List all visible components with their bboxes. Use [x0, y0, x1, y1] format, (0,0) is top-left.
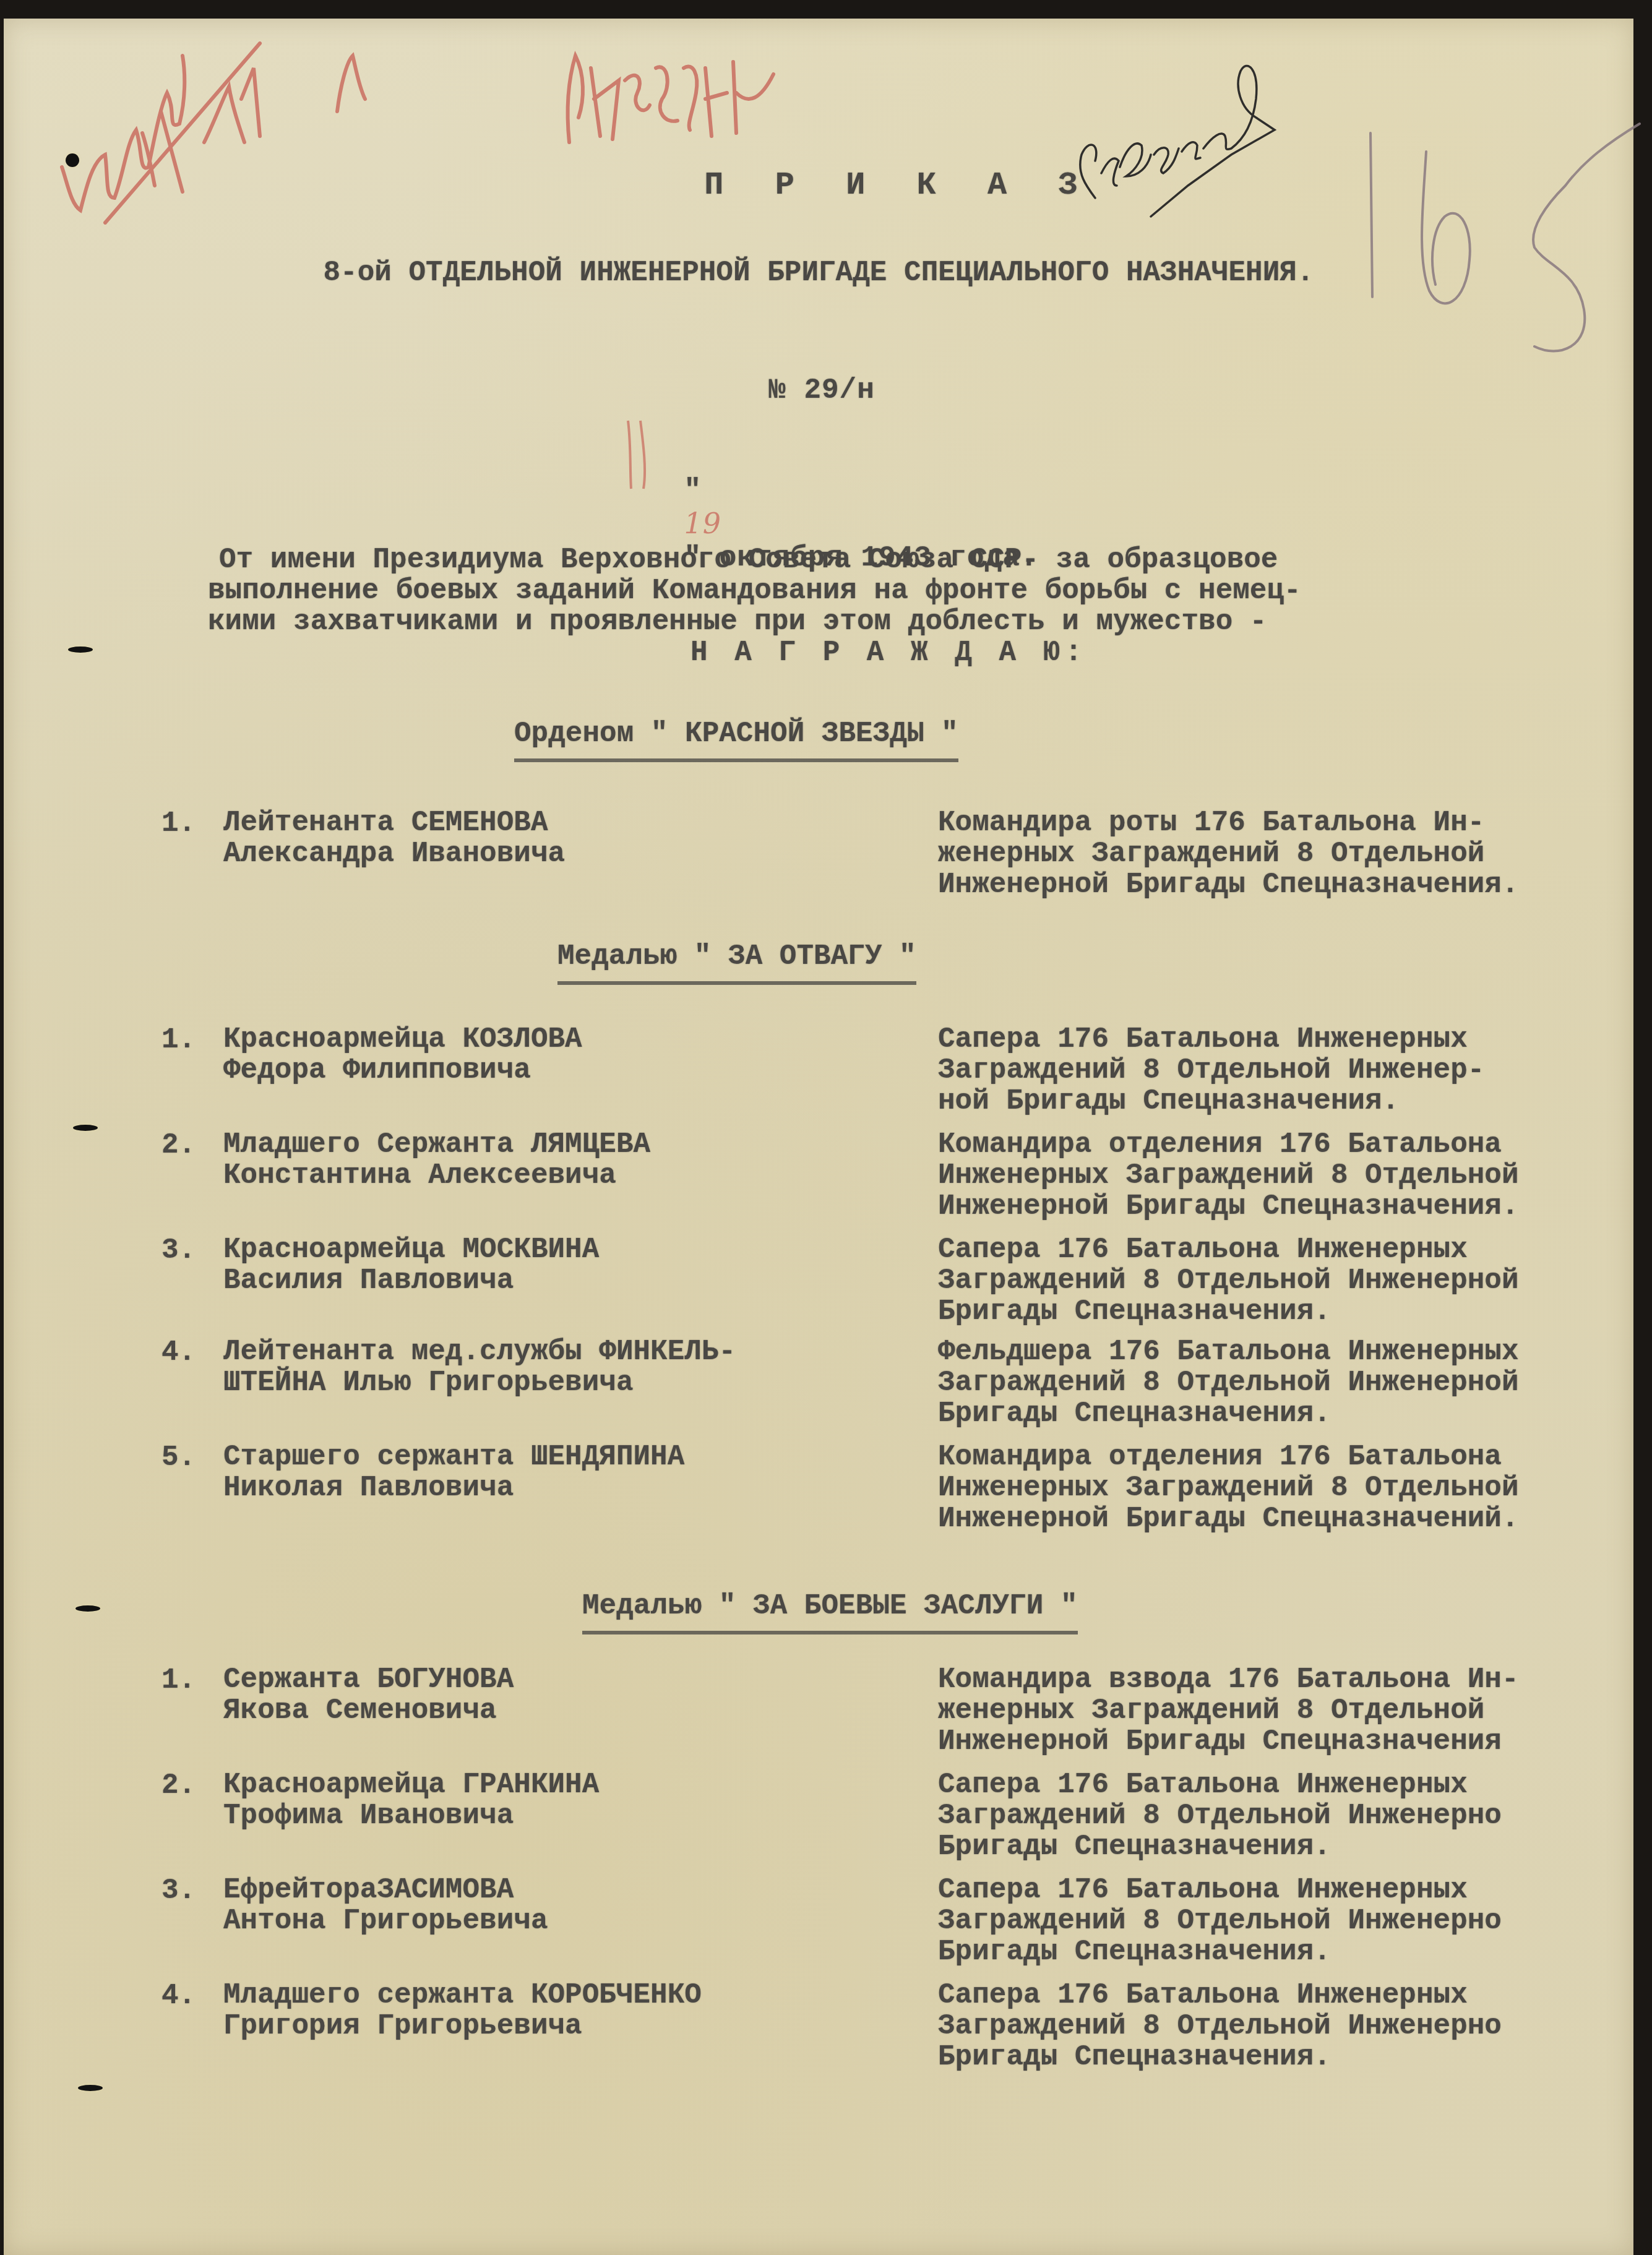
- awardee-name-line: Федора Филипповича: [223, 1055, 582, 1086]
- awardee-name-line: Младшего Сержанта ЛЯМЦЕВА: [223, 1129, 650, 1160]
- awardee-name: Лейтенанта СЕМЕНОВААлександра Ивановича: [223, 807, 565, 869]
- awardee-number: 1.: [161, 1024, 196, 1056]
- awardee-position-line: Инженерной Бригады Спецназначения.: [938, 869, 1519, 900]
- awardee-position-line: Сапера 176 Батальона Инженерных: [938, 1769, 1502, 1800]
- awardee-position: Командира отделения 176 БатальонаИнженер…: [938, 1441, 1519, 1534]
- awardee-position-line: Сапера 176 Батальона Инженерных: [938, 1024, 1484, 1055]
- awardee-position: Командира роты 176 Батальона Ин-женерных…: [938, 807, 1519, 900]
- awardee-position-line: женерных Заграждений 8 Отдельной: [938, 838, 1519, 869]
- awardee-position: Сапера 176 Батальона ИнженерныхЗагражден…: [938, 1769, 1502, 1862]
- section-heading: Медалью " ЗА ОТВАГУ ": [557, 940, 916, 985]
- awardee-name-line: ЕфрейтораЗАСИМОВА: [223, 1875, 548, 1905]
- awardee-name-line: Лейтенанта мед.службы ФИНКЕЛЬ-: [223, 1336, 736, 1367]
- awardee-position-line: Заграждений 8 Отдельной Инженерно: [938, 1800, 1502, 1831]
- awardee-position-line: Командира роты 176 Батальона Ин-: [938, 807, 1519, 838]
- punch-hole: [66, 153, 79, 167]
- awardee-number: 1.: [161, 1664, 196, 1696]
- awardee-position-line: Бригады Спецназначения.: [938, 1296, 1519, 1327]
- awardee-name: ЕфрейтораЗАСИМОВААнтона Григорьевича: [223, 1875, 548, 1936]
- awardee-position-line: Инженерной Бригады Спецназначения: [938, 1726, 1519, 1757]
- awardee-position-line: Инженерных Заграждений 8 Отдельной: [938, 1472, 1519, 1503]
- awardee-name-line: Антона Григорьевича: [223, 1905, 548, 1936]
- awardee-name-line: Трофима Ивановича: [223, 1800, 599, 1831]
- awardee-name: Младшего Сержанта ЛЯМЦЕВАКонстантина Але…: [223, 1129, 650, 1191]
- awardee-position-line: Заграждений 8 Отдельной Инженерно: [938, 2011, 1502, 2042]
- awardee-name-line: Старшего сержанта ШЕНДЯПИНА: [223, 1441, 684, 1472]
- awardee-number: 4.: [161, 1980, 196, 2012]
- awardee-position-line: Заграждений 8 Отдельной Инженерной: [938, 1265, 1519, 1296]
- awardee-name-line: Красноармейца МОСКВИНА: [223, 1234, 599, 1265]
- awardee-position: Командира отделения 176 БатальонаИнженер…: [938, 1129, 1519, 1222]
- awardee-number: 5.: [161, 1441, 196, 1474]
- awardee-name-line: Младшего сержанта КОРОБЧЕНКО: [223, 1980, 702, 2011]
- awardee-position-line: женерных Заграждений 8 Отдельной: [938, 1695, 1519, 1726]
- document-page: П Р И К А З 8-ой ОТДЕЛЬНОЙ ИНЖЕНЕРНОЙ БР…: [4, 19, 1633, 2255]
- awardee-position-line: Сапера 176 Батальона Инженерных: [938, 1234, 1519, 1265]
- awardee-position-line: Инженерной Бригады Спецназначения.: [938, 1191, 1519, 1222]
- awardee-position-line: Заграждений 8 Отдельной Инженерной: [938, 1367, 1519, 1398]
- awardee-position-line: Фельдшера 176 Батальона Инженерных: [938, 1336, 1519, 1367]
- awardee-position-line: Бригады Спецназначения.: [938, 2042, 1502, 2072]
- awardee-number: 1.: [161, 807, 196, 840]
- awardee-position-line: Инженерной Бригады Спецназначений.: [938, 1503, 1519, 1534]
- awardee-position-line: Бригады Спецназначения.: [938, 1936, 1502, 1967]
- awardee-position-line: Бригады Спецназначения.: [938, 1398, 1519, 1429]
- awardee-name-line: Александра Ивановича: [223, 838, 565, 869]
- awardee-number: 2.: [161, 1769, 196, 1802]
- awardee-name: Красноармейца ГРАНКИНАТрофима Ивановича: [223, 1769, 599, 1831]
- preamble: От имени Президиума Верховного Совета Со…: [214, 544, 1544, 668]
- awardee-position: Сапера 176 Батальона ИнженерныхЗагражден…: [938, 1234, 1519, 1327]
- awardee-name: Сержанта БОГУНОВАЯкова Семеновича: [223, 1664, 514, 1726]
- awardee-name-line: Красноармейца КОЗЛОВА: [223, 1024, 582, 1055]
- awardee-number: 3.: [161, 1234, 196, 1266]
- awardee-name-line: Сержанта БОГУНОВА: [223, 1664, 514, 1695]
- awardee-position-line: Заграждений 8 Отдельной Инженерно: [938, 1905, 1502, 1936]
- section-heading: Орденом " КРАСНОЙ ЗВЕЗДЫ ": [514, 718, 958, 762]
- preamble-line: От имени Президиума Верховного Совета Со…: [214, 544, 1544, 575]
- organization-name: 8-ой ОТДЕЛЬНОЙ ИНЖЕНЕРНОЙ БРИГАДЕ СПЕЦИА…: [4, 257, 1633, 289]
- awardee-position: Сапера 176 Батальона ИнженерныхЗагражден…: [938, 1875, 1502, 1967]
- preamble-award-verb: Н А Г Р А Ж Д А Ю:: [214, 637, 1544, 668]
- awardee-position-line: Командира взвода 176 Батальона Ин-: [938, 1664, 1519, 1695]
- punch-hole: [75, 1605, 100, 1612]
- awardee-name: Лейтенанта мед.службы ФИНКЕЛЬ-ШТЕЙНА Иль…: [223, 1336, 736, 1398]
- awardee-name-line: Константина Алексеевича: [223, 1160, 650, 1191]
- punch-hole: [68, 646, 93, 653]
- section-heading: Медалью " ЗА БОЕВЫЕ ЗАСЛУГИ ": [582, 1590, 1078, 1634]
- order-number: № 29/н: [10, 374, 1633, 406]
- awardee-position-line: Сапера 176 Батальона Инженерных: [938, 1980, 1502, 2011]
- awardee-name: Красноармейца МОСКВИНАВасилия Павловича: [223, 1234, 599, 1296]
- date-open-quote: ": [684, 475, 702, 507]
- awardee-position: Сапера 176 Батальона ИнженерныхЗагражден…: [938, 1024, 1484, 1117]
- awardee-name-line: Красноармейца ГРАНКИНА: [223, 1769, 599, 1800]
- awardee-name-line: Лейтенанта СЕМЕНОВА: [223, 807, 565, 838]
- punch-hole: [73, 1125, 98, 1131]
- awardee-position-line: Инженерных Заграждений 8 Отдельной: [938, 1160, 1519, 1191]
- awardee-position-line: Командира отделения 176 Батальона: [938, 1441, 1519, 1472]
- awardee-position-line: Командира отделения 176 Батальона: [938, 1129, 1519, 1160]
- awardee-position: Командира взвода 176 Батальона Ин-женерн…: [938, 1664, 1519, 1757]
- awardee-name: Старшего сержанта ШЕНДЯПИНАНиколая Павло…: [223, 1441, 684, 1503]
- awardee-name: Красноармейца КОЗЛОВАФедора Филипповича: [223, 1024, 582, 1086]
- awardee-number: 2.: [161, 1129, 196, 1161]
- awardee-position-line: Сапера 176 Батальона Инженерных: [938, 1875, 1502, 1905]
- awardee-position-line: Бригады Спецназначения.: [938, 1831, 1502, 1862]
- awardee-name-line: ШТЕЙНА Илью Григорьевича: [223, 1367, 736, 1398]
- date-day-handwritten: 19: [684, 507, 721, 540]
- awardee-number: 3.: [161, 1875, 196, 1907]
- awardee-name: Младшего сержанта КОРОБЧЕНКОГригория Гри…: [223, 1980, 702, 2042]
- punch-hole: [78, 2085, 103, 2091]
- awardee-name-line: Григория Григорьевича: [223, 2011, 702, 2042]
- awardee-position-line: ной Бригады Спецназначения.: [938, 1086, 1484, 1117]
- document-title: П Р И К А З: [165, 167, 1633, 204]
- awardee-name-line: Якова Семеновича: [223, 1695, 514, 1726]
- awardee-name-line: Николая Павловича: [223, 1472, 684, 1503]
- preamble-line: кими захватчиками и проявленные при этом…: [208, 606, 1544, 637]
- awardee-position: Сапера 176 Батальона ИнженерныхЗагражден…: [938, 1980, 1502, 2072]
- awardee-position-line: Заграждений 8 Отдельной Инженер-: [938, 1055, 1484, 1086]
- awardee-number: 4.: [161, 1336, 196, 1368]
- preamble-line: выполнение боевых заданий Командования н…: [208, 575, 1544, 606]
- awardee-position: Фельдшера 176 Батальона ИнженерныхЗаграж…: [938, 1336, 1519, 1429]
- awardee-name-line: Василия Павловича: [223, 1265, 599, 1296]
